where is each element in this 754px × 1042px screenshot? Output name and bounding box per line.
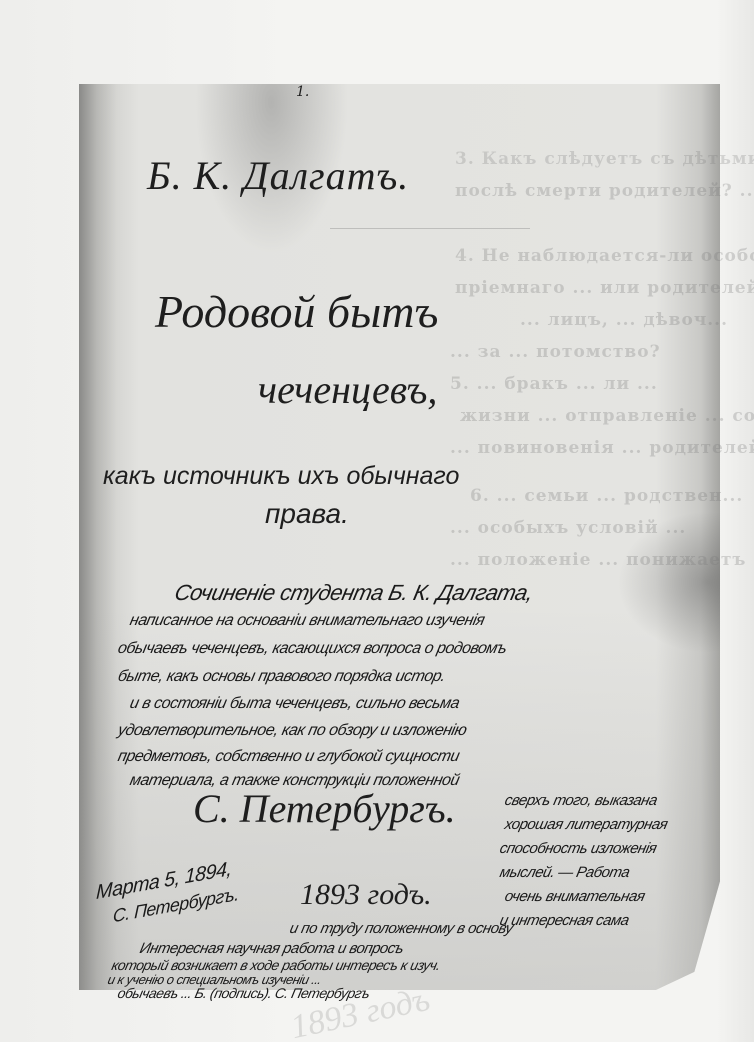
annotation-line: и в состояніи быта чеченцевъ, сильно вес… — [128, 695, 461, 713]
side-note-line: сверхъ того, выказана — [503, 792, 659, 809]
annotation-line: обычаевъ чеченцевъ, касающихся вопроса о… — [116, 640, 508, 658]
bleed-line: 4. Не наблюдается-ли особое участіе въ — [455, 240, 754, 272]
annotation-line: предметовъ, собственно и глубокой сущнос… — [116, 748, 461, 766]
bleed-line: ... особыхъ условій ... — [450, 512, 686, 544]
author-name: Б. К. Далгатъ. — [147, 152, 409, 199]
annotation-line: написанное на основаніи внимательнаго из… — [128, 612, 486, 630]
side-note-line: хорошая литературная — [503, 816, 669, 833]
bottom-note-line: который возникает в ходе работы интересъ… — [110, 957, 441, 973]
bleed-line: жизни ... отправленіе ... сознательной — [460, 400, 754, 432]
annotation-line: удовлетворительное, как по обзору и изло… — [116, 722, 468, 740]
bleed-line: 5. ... бракъ ... ли ... — [450, 368, 658, 400]
annotation-line: быте, какъ основы правового порядка исто… — [116, 668, 447, 686]
bottom-note-line: и по труду положенному в основу — [288, 920, 514, 937]
side-note-line: способность изложенія — [498, 840, 658, 857]
side-note-line: очень внимательная — [503, 888, 646, 905]
bottom-note-line: обычаевъ ... Б. (подпись). С. Петербургъ — [116, 985, 371, 1001]
bleed-line: послѣ смерти родителей? ... — [455, 175, 754, 207]
side-note-line: мыслей. — Работа — [498, 864, 631, 881]
city-name: С. Петербургъ. — [193, 785, 456, 832]
bleed-line: ... положеніе ... понижаетъ ... — [450, 544, 754, 576]
bleed-line: 6. ... семьи ... родствен... — [470, 480, 743, 512]
title-line-3: какъ источникъ ихъ обычнаго — [103, 462, 459, 491]
annotation-heading: Сочиненіе студента Б. К. Далгата, — [172, 580, 535, 606]
title-line-2: чеченцевъ, — [258, 366, 437, 413]
title-line-1: Родовой бытъ — [155, 285, 438, 338]
bleed-line: ... за ... потомство? — [450, 336, 661, 368]
bleed-line: ... лицъ, ... дѣвоч... — [520, 304, 728, 336]
year: 1893 годъ. — [300, 878, 432, 912]
bleed-rule — [330, 228, 530, 229]
bleed-line: пріемнаго ... или родителей ... — [455, 272, 754, 304]
bleed-line: 3. Какъ слѣдуетъ съ дѣтьми пре- — [455, 143, 754, 175]
bleed-line: ... повиновенія ... родителей? — [450, 432, 754, 464]
page-number-mark: 1. — [296, 84, 309, 100]
bottom-note-line: Интересная научная работа и вопросъ — [138, 940, 405, 957]
side-note-line: и интересная сама — [498, 912, 630, 929]
title-line-4: права. — [265, 498, 349, 530]
